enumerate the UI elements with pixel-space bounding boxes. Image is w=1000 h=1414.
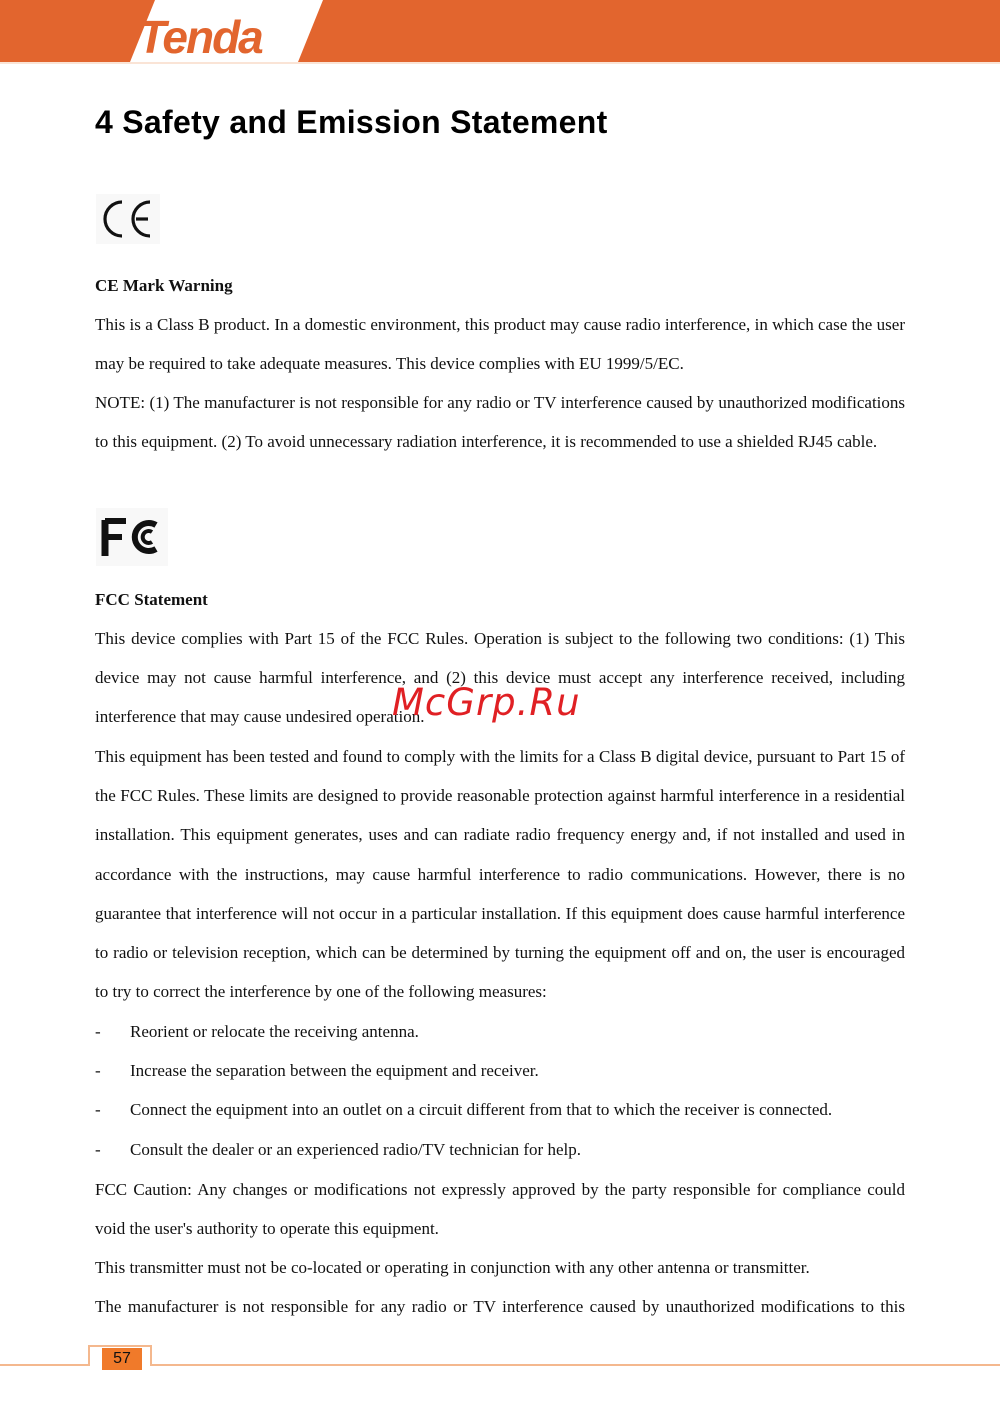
fcc-mark-icon [96,508,168,566]
footer-rule [0,1344,1000,1374]
fcc-manufacturer-note: The manufacturer is not responsible for … [95,1287,905,1326]
page-number: 57 [102,1348,142,1370]
ce-paragraph-1: This is a Class B product. In a domestic… [95,305,905,383]
fcc-paragraph-2: This equipment has been tested and found… [95,737,905,1011]
ce-paragraph-2: NOTE: (1) The manufacturer is not respon… [95,383,905,461]
ce-mark-icon [96,194,160,244]
fcc-caution: FCC Caution: Any changes or modification… [95,1170,905,1248]
ce-heading: CE Mark Warning [95,277,233,294]
page-title: 4 Safety and Emission Statement [95,106,608,138]
watermark: McGrp.Ru [392,684,581,721]
header-banner: Tenda [0,0,1000,65]
fcc-colocation-note: This transmitter must not be co-located … [95,1248,905,1287]
fcc-heading: FCC Statement [95,591,208,608]
tenda-logo: Tenda [138,14,262,60]
